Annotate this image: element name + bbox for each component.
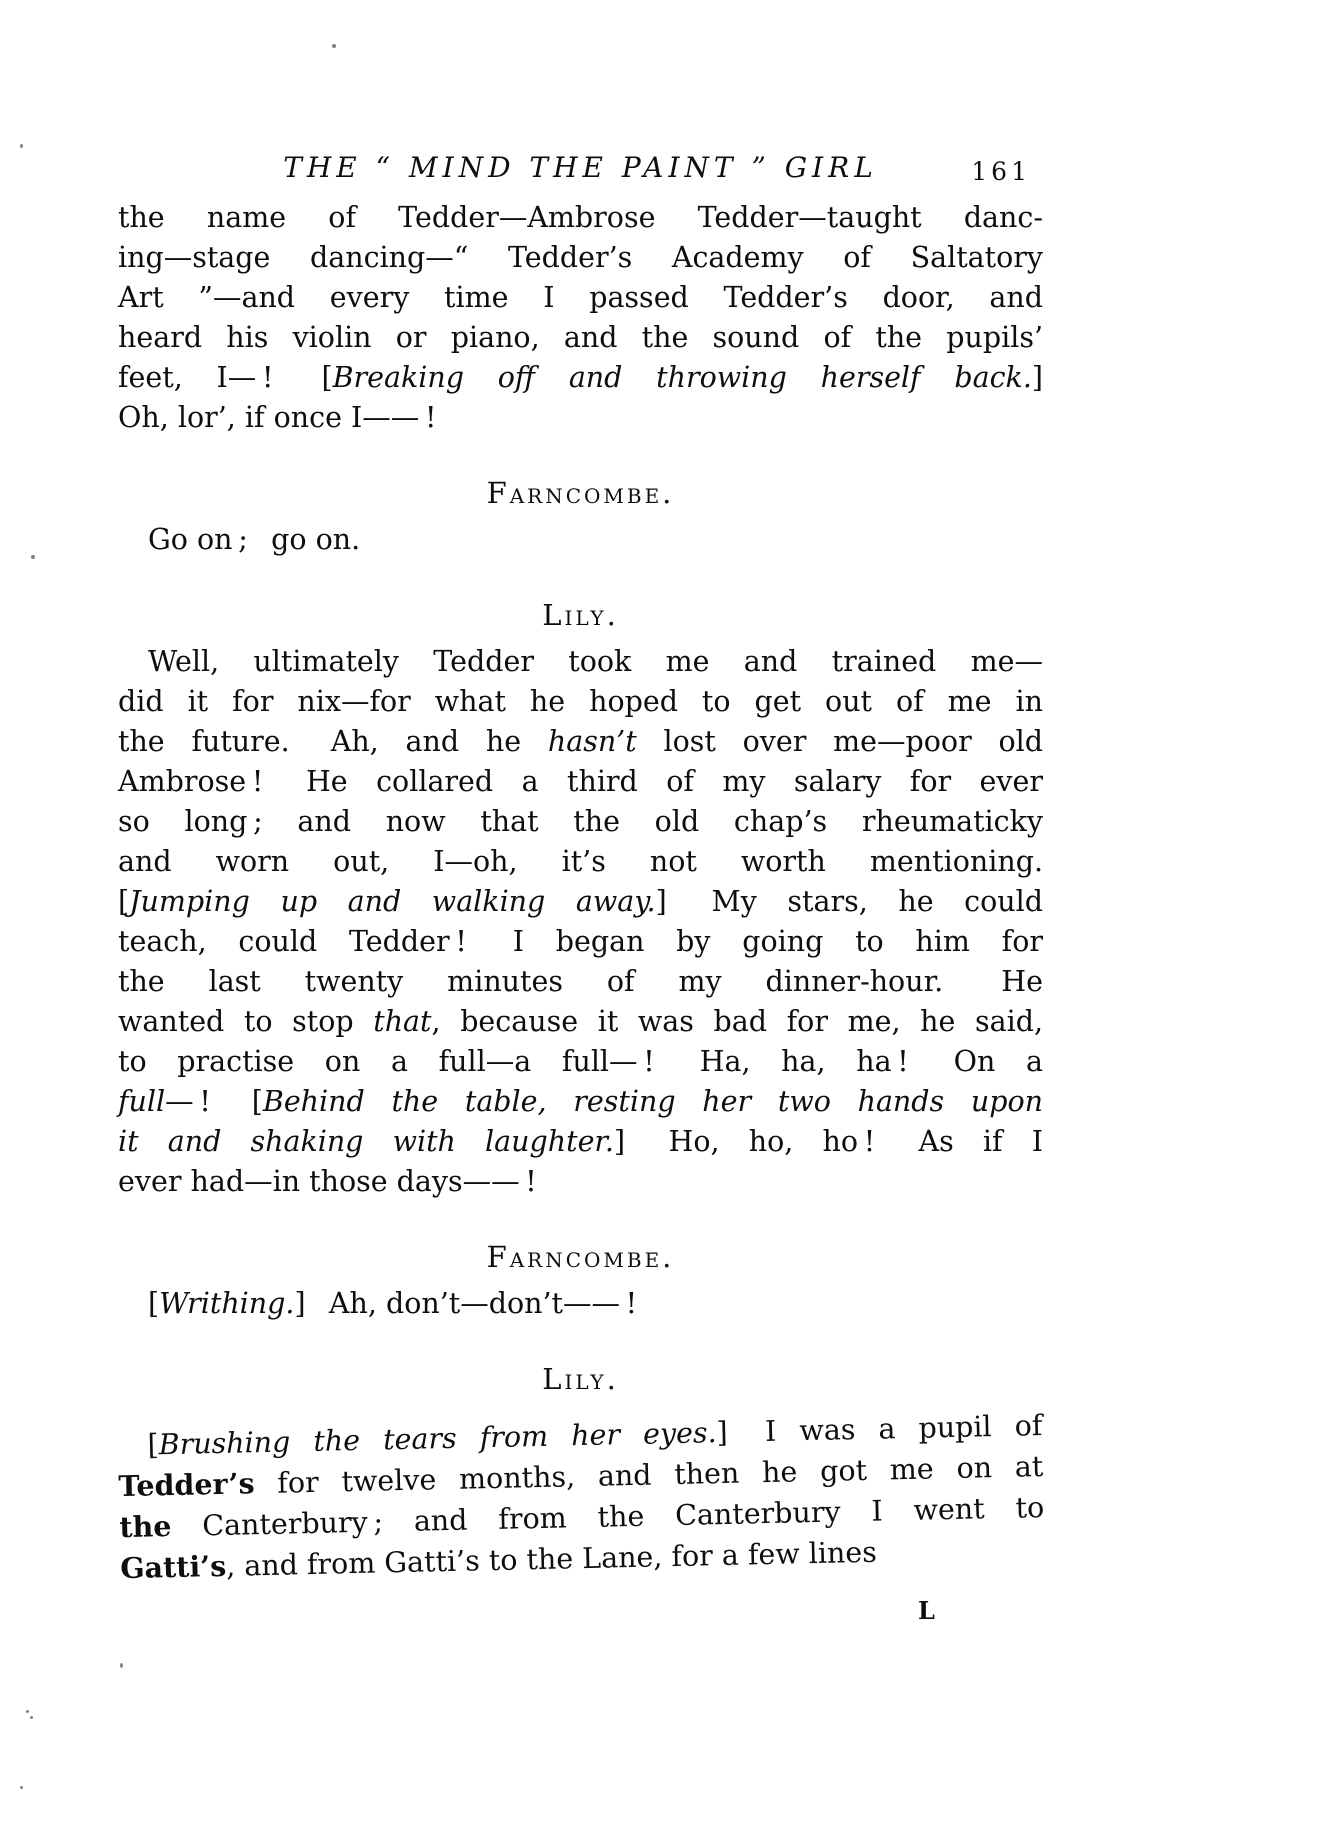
- speaker-heading-farncombe-1: Farncombe.: [118, 474, 1043, 512]
- body-text: heard his violin or piano, and the sound…: [118, 321, 1043, 354]
- speaker-heading-farncombe-2: Farncombe.: [118, 1238, 1043, 1276]
- text-line: teach, could Tedder ! I began by going t…: [118, 922, 1043, 962]
- emphasized-text: the: [119, 1509, 172, 1544]
- body-text: the last twenty minutes of my dinner-hou…: [118, 965, 1043, 998]
- text-line: the last twenty minutes of my dinner-hou…: [118, 962, 1043, 1002]
- text-line: did it for nix—for what he hoped to get …: [118, 682, 1043, 722]
- body-text: to practise on a full—a full— ! Ha, ha, …: [118, 1045, 1043, 1078]
- body-text: — ! [: [165, 1085, 263, 1118]
- scan-speck: [120, 1663, 123, 1668]
- body-text: [: [148, 1287, 159, 1320]
- text-line: wanted to stop that, because it was bad …: [118, 1002, 1043, 1042]
- text-line: it and shaking with laughter.] Ho, ho, h…: [118, 1122, 1043, 1162]
- emphasized-text: it and shaking with laughter.: [118, 1125, 614, 1158]
- page-number: 161: [971, 152, 1031, 192]
- body-text: Well, ultimately Tedder took me and trai…: [148, 645, 1043, 678]
- speaker-heading-lily-2: Lily.: [118, 1360, 1043, 1398]
- text-line: to practise on a full—a full— ! Ha, ha, …: [118, 1042, 1043, 1082]
- text-line: [Jumping up and walking away.] My stars,…: [118, 882, 1043, 922]
- body-text: and worn out, I—oh, it’s not worth menti…: [118, 845, 1043, 878]
- emphasized-text: that: [373, 1005, 431, 1038]
- text-line: ing—stage dancing—“ Tedder’s Academy of …: [118, 238, 1043, 278]
- lily-speech-2: [Brushing the tears from her eyes.] I wa…: [117, 1406, 1045, 1589]
- emphasized-text: Tedder’s: [118, 1466, 255, 1503]
- printer-signature-mark: L: [918, 1596, 936, 1625]
- text-line: Oh, lor’, if once I—— !: [118, 398, 1043, 438]
- body-text: [: [147, 1428, 159, 1461]
- body-text: the name of Tedder—Ambrose Tedder—taught…: [118, 201, 1043, 234]
- body-text: Oh, lor’, if once I—— !: [118, 401, 436, 434]
- emphasized-text: full: [118, 1085, 165, 1118]
- body-text: so long ; and now that the old chap’s rh…: [118, 805, 1043, 838]
- farncombe-speech-1: Go on ; go on.: [118, 520, 1043, 560]
- text-line: feet, I— ! [Breaking off and throwing he…: [118, 358, 1043, 398]
- text-line: the name of Tedder—Ambrose Tedder—taught…: [118, 198, 1043, 238]
- scan-speck: [31, 555, 35, 559]
- text-line: full— ! [Behind the table, resting her t…: [118, 1082, 1043, 1122]
- emphasized-text: Writhing.: [159, 1287, 294, 1320]
- text-line: heard his violin or piano, and the sound…: [118, 318, 1043, 358]
- body-text: , because it was bad for me, he said,: [432, 1005, 1044, 1038]
- text-line: so long ; and now that the old chap’s rh…: [118, 802, 1043, 842]
- scan-speck: [30, 1716, 33, 1719]
- emphasized-text: Breaking off and throwing herself back.: [333, 361, 1032, 394]
- body-text: ever had—in those days—— !: [118, 1165, 537, 1198]
- page-title: THE “ MIND THE PAINT ” GIRL: [283, 151, 878, 184]
- speaker-heading-lily-1: Lily.: [118, 596, 1043, 634]
- body-text: ing—stage dancing—“ Tedder’s Academy of …: [118, 241, 1043, 274]
- body-text: [: [118, 885, 129, 918]
- body-text: lost over me—poor old: [637, 725, 1043, 758]
- text-line: Art ”—and every time I passed Tedder’s d…: [118, 278, 1043, 318]
- body-text: Art ”—and every time I passed Tedder’s d…: [118, 281, 1043, 314]
- scan-speck: [26, 1710, 29, 1713]
- running-header: THE “ MIND THE PAINT ” GIRL 161: [118, 148, 1043, 188]
- body-text: ]: [1032, 361, 1043, 394]
- body-text: the future. Ah, and he: [118, 725, 548, 758]
- text-line: ever had—in those days—— !: [118, 1162, 1043, 1202]
- text-line: the future. Ah, and he hasn’t lost over …: [118, 722, 1043, 762]
- text-line: and worn out, I—oh, it’s not worth menti…: [118, 842, 1043, 882]
- text-line: Well, ultimately Tedder took me and trai…: [118, 642, 1043, 682]
- lily-speech-1: Well, ultimately Tedder took me and trai…: [118, 642, 1043, 1202]
- emphasized-text: Behind the table, resting her two hands …: [263, 1085, 1043, 1118]
- dialogue-continuation-paragraph: the name of Tedder—Ambrose Tedder—taught…: [118, 198, 1043, 438]
- scan-speck: [20, 1786, 23, 1789]
- scan-speck: [20, 144, 23, 148]
- body-text: ] My stars, he could: [656, 885, 1043, 918]
- text-line: Go on ; go on.: [118, 520, 1043, 560]
- text-block: THE “ MIND THE PAINT ” GIRL 161 the name…: [118, 148, 1043, 1569]
- body-text: feet, I— ! [: [118, 361, 333, 394]
- body-text: ] Ho, ho, ho ! As if I: [614, 1125, 1043, 1158]
- body-text: ] I was a pupil of: [716, 1409, 1043, 1449]
- book-page: THE “ MIND THE PAINT ” GIRL 161 the name…: [0, 0, 1340, 1822]
- body-text: teach, could Tedder ! I began by going t…: [118, 925, 1043, 958]
- scan-speck: [332, 44, 336, 48]
- body-text: , and from Gatti’s to the Lane, for a fe…: [226, 1536, 877, 1583]
- body-text: wanted to stop: [118, 1005, 373, 1038]
- body-text: did it for nix—for what he hoped to get …: [118, 685, 1043, 718]
- text-line: Ambrose ! He collared a third of my sala…: [118, 762, 1043, 802]
- body-text: ] Ah, don’t—don’t—— !: [294, 1287, 637, 1320]
- body-text: Ambrose ! He collared a third of my sala…: [118, 765, 1043, 798]
- text-line: [Writhing.] Ah, don’t—don’t—— !: [118, 1284, 1043, 1324]
- emphasized-text: hasn’t: [548, 725, 637, 758]
- emphasized-text: Gatti’s: [120, 1549, 227, 1585]
- farncombe-speech-2: [Writhing.] Ah, don’t—don’t—— !: [118, 1284, 1043, 1324]
- emphasized-text: Jumping up and walking away.: [129, 885, 655, 918]
- body-text: Go on ; go on.: [148, 523, 360, 556]
